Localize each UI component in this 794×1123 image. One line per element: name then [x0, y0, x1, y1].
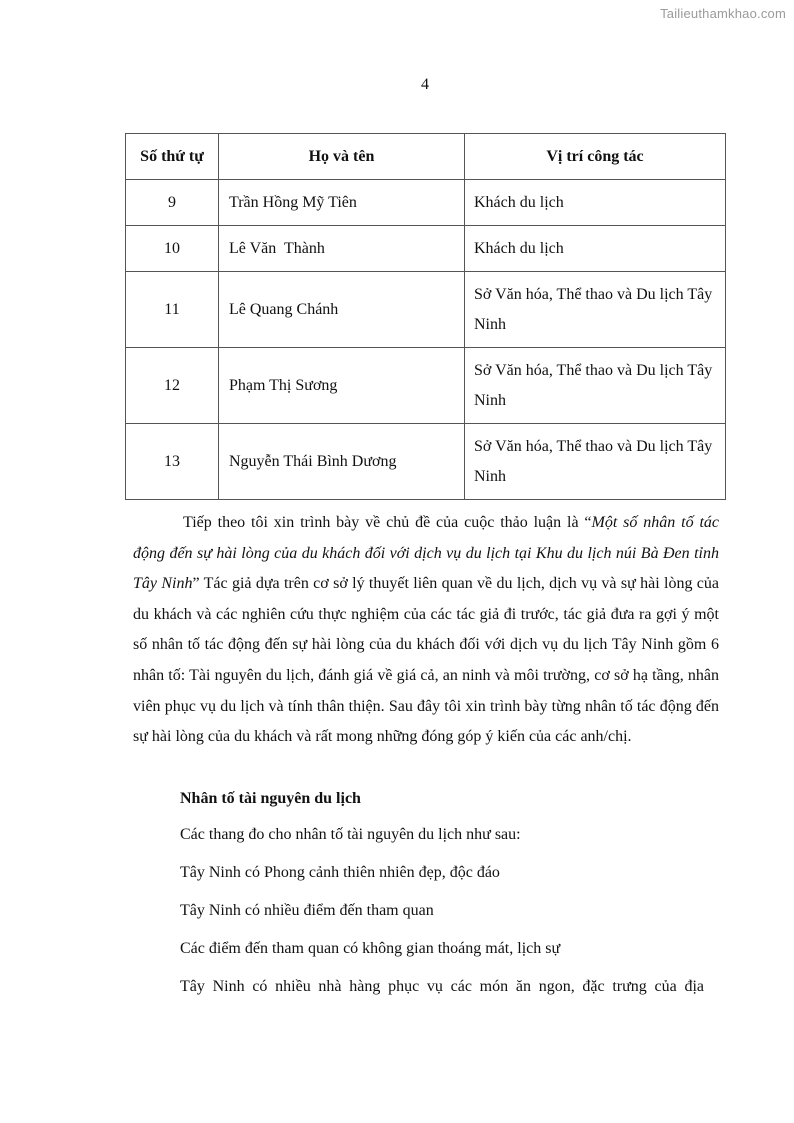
- cell-name: Nguyễn Thái Bình Dương: [219, 424, 465, 500]
- staff-table: Số thứ tự Họ và tên Vị trí công tác 9 Tr…: [125, 133, 726, 500]
- cell-name: Lê Quang Chánh: [219, 272, 465, 348]
- table-row: 11 Lê Quang Chánh Sở Văn hóa, Thể thao v…: [126, 272, 726, 348]
- table-row: 9 Trần Hồng Mỹ Tiên Khách du lịch: [126, 180, 726, 226]
- table-row: 10 Lê Văn Thành Khách du lịch: [126, 226, 726, 272]
- page-number: 4: [0, 76, 794, 94]
- cell-name: Phạm Thị Sương: [219, 348, 465, 424]
- table-row: 13 Nguyễn Thái Bình Dương Sở Văn hóa, Th…: [126, 424, 726, 500]
- cell-no: 10: [126, 226, 219, 272]
- cell-no: 11: [126, 272, 219, 348]
- cell-no: 12: [126, 348, 219, 424]
- intro-rest: ” Tác giả dựa trên cơ sở lý thuyết liên …: [133, 575, 719, 745]
- header-position: Vị trí công tác: [465, 134, 726, 180]
- cell-name: Lê Văn Thành: [219, 226, 465, 272]
- intro-paragraph: Tiếp theo tôi xin trình bày về chủ đề củ…: [133, 508, 719, 753]
- section-line: Các điểm đến tham quan có không gian tho…: [180, 940, 560, 958]
- cell-name: Trần Hồng Mỹ Tiên: [219, 180, 465, 226]
- section-line: Tây Ninh có nhiều điểm đến tham quan: [180, 902, 434, 920]
- cell-position: Khách du lịch: [465, 180, 726, 226]
- cell-position: Sở Văn hóa, Thể thao và Du lịch Tây Ninh: [465, 424, 726, 500]
- cell-position: Sở Văn hóa, Thể thao và Du lịch Tây Ninh: [465, 272, 726, 348]
- table-row: 12 Phạm Thị Sương Sở Văn hóa, Thể thao v…: [126, 348, 726, 424]
- cell-no: 13: [126, 424, 219, 500]
- section-line: Tây Ninh có nhiều nhà hàng phục vụ các m…: [180, 978, 704, 996]
- section-heading: Nhân tố tài nguyên du lịch: [180, 790, 361, 808]
- cell-no: 9: [126, 180, 219, 226]
- table-header-row: Số thứ tự Họ và tên Vị trí công tác: [126, 134, 726, 180]
- section-line: Tây Ninh có Phong cảnh thiên nhiên đẹp, …: [180, 864, 500, 882]
- header-no: Số thứ tự: [126, 134, 219, 180]
- section-line: Các thang đo cho nhân tố tài nguyên du l…: [180, 826, 521, 844]
- cell-position: Khách du lịch: [465, 226, 726, 272]
- header-name: Họ và tên: [219, 134, 465, 180]
- cell-position: Sở Văn hóa, Thể thao và Du lịch Tây Ninh: [465, 348, 726, 424]
- intro-lead: Tiếp theo tôi xin trình bày về chủ đề củ…: [183, 514, 592, 531]
- watermark: Tailieuthamkhao.com: [660, 6, 786, 21]
